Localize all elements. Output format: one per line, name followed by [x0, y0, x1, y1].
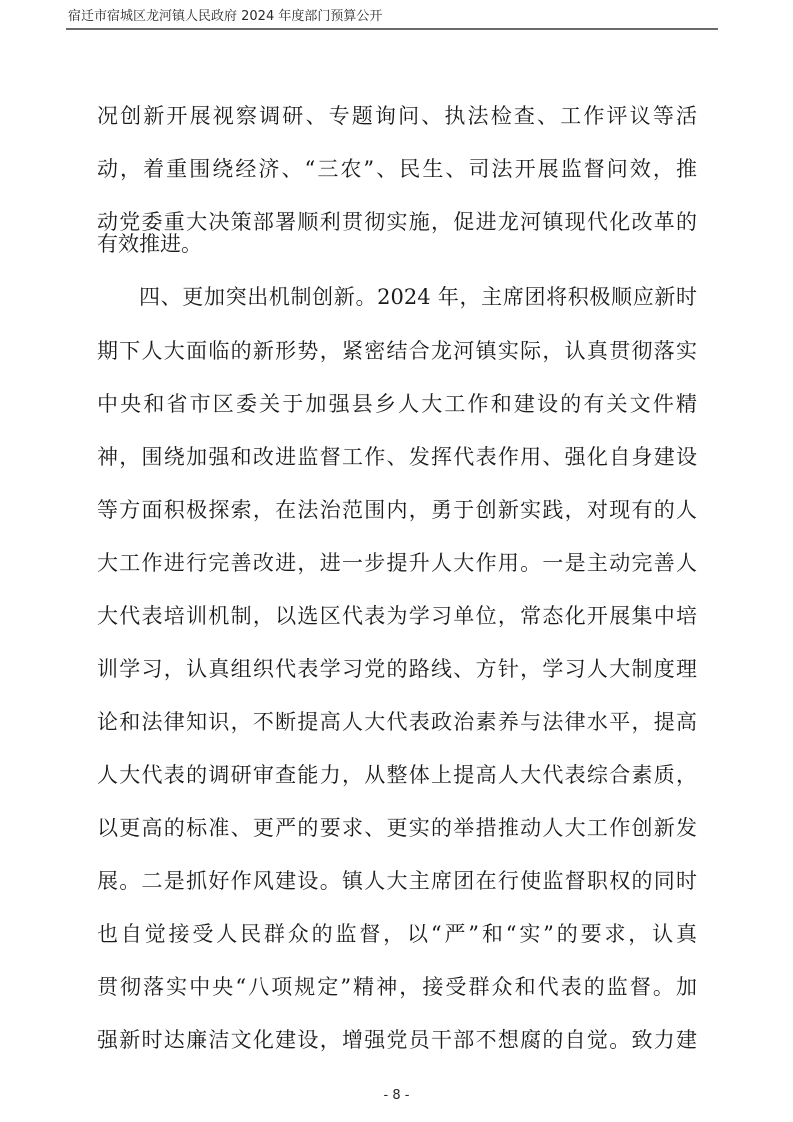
body-line: 贯彻落实中央“八项规定”精神，接受群众和代表的监督。加 [97, 974, 697, 1000]
body-line: 中央和省市区委关于加强县乡人大工作和建设的有关文件精 [97, 391, 697, 417]
body-line: 大工作进行完善改进，进一步提升人大作用。一是主动完善人 [97, 550, 697, 576]
page-number: - 8 - [0, 1088, 793, 1104]
body-line: 以更高的标准、更严的要求、更实的举措推动人大工作创新发 [97, 815, 697, 841]
body-line: 有效推进。 [97, 231, 697, 257]
body-line: 等方面积极探索，在法治范围内，勇于创新实践，对现有的人 [97, 497, 697, 523]
body-line: 人大代表的调研审查能力，从整体上提高人大代表综合素质， [97, 762, 697, 788]
page-header: 宿迁市宿城区龙河镇人民政府 2024 年度部门预算公开 [66, 6, 718, 30]
body-line: 期下人大面临的新形势，紧密结合龙河镇实际，认真贯彻落实 [97, 338, 697, 364]
body-line: 训学习，认真组织代表学习党的路线、方针，学习人大制度理 [97, 656, 697, 682]
body-line: 动，着重围绕经济、“三农”、民生、司法开展监督问效，推 [97, 156, 697, 182]
body-line: 也自觉接受人民群众的监督，以“严”和“实”的要求，认真 [97, 921, 697, 947]
body-line: 神，围绕加强和改进监督工作、发挥代表作用、强化自身建设 [97, 444, 697, 470]
body-line: 况创新开展视察调研、专题询问、执法检查、工作评议等活 [97, 103, 697, 129]
paragraph-heading-line: 四、更加突出机制创新。2024 年，主席团将积极顺应新时 [139, 284, 697, 310]
page-header-title: 宿迁市宿城区龙河镇人民政府 2024 年度部门预算公开 [68, 9, 382, 25]
body-line: 论和法律知识，不断提高人大代表政治素养与法律水平，提高 [97, 709, 697, 735]
body-line: 展。二是抓好作风建设。镇人大主席团在行使监督职权的同时 [97, 868, 697, 894]
body-line: 强新时达廉洁文化建设，增强党员干部不想腐的自觉。致力建 [97, 1027, 697, 1053]
body-line: 大代表培训机制，以选区代表为学习单位，常态化开展集中培 [97, 603, 697, 629]
